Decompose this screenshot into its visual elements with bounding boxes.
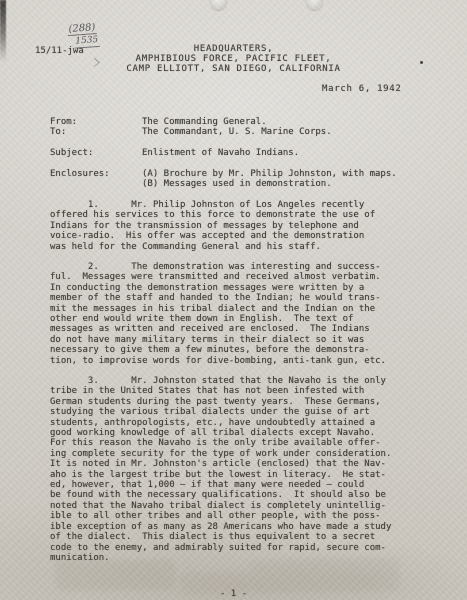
paragraph-2: 2. The demonstration was interesting and… bbox=[50, 262, 386, 366]
subject-value: Enlistment of Navaho Indians. bbox=[142, 148, 299, 158]
letterhead-line-3: CAMP ELLIOTT, SAN DIEGO, CALIFORNIA bbox=[0, 64, 467, 74]
paragraph-3: 3. Mr. Johnston stated that the Navaho i… bbox=[50, 376, 391, 563]
scanned-letter-page: (288) 1535 15/11-jwa HEADQUARTERS, AMPHI… bbox=[0, 0, 467, 600]
field-row-subject: Subject: Enlistment of Navaho Indians. bbox=[50, 148, 397, 158]
letterhead: HEADQUARTERS, AMPHIBIOUS FORCE, PACIFIC … bbox=[0, 44, 467, 74]
letterhead-line-2: AMPHIBIOUS FORCE, PACIFIC FLEET, bbox=[0, 54, 467, 64]
from-value: The Commanding General. bbox=[142, 117, 267, 127]
staple-mark bbox=[210, 0, 227, 10]
enclosure-b-spacer bbox=[50, 179, 142, 189]
from-label: From: bbox=[50, 117, 142, 127]
enclosure-a-value: (A) Brochure by Mr. Philip Johnston, wit… bbox=[142, 169, 397, 179]
subject-label: Subject: bbox=[50, 148, 142, 158]
field-row-enclosures: Enclosures: (A) Brochure by Mr. Philip J… bbox=[50, 169, 397, 179]
enclosure-b-value: (B) Messages used in demonstration. bbox=[142, 179, 332, 189]
field-row-to: To: The Commandant, U. S. Marine Corps. bbox=[50, 127, 397, 137]
field-row-enclosure-b: (B) Messages used in demonstration. bbox=[50, 179, 397, 189]
bleed-through-stain bbox=[55, 559, 176, 591]
to-label: To: bbox=[50, 127, 142, 137]
to-value: The Commandant, U. S. Marine Corps. bbox=[142, 127, 332, 137]
letterhead-line-1: HEADQUARTERS, bbox=[0, 44, 467, 54]
enclosures-label: Enclosures: bbox=[50, 169, 142, 179]
pencil-annotation-top: (288) bbox=[67, 22, 97, 36]
staple-mark bbox=[306, 0, 323, 10]
address-block: From: The Commanding General. To: The Co… bbox=[50, 117, 397, 190]
field-row-from: From: The Commanding General. bbox=[50, 117, 397, 127]
page-number: - 1 - bbox=[0, 589, 467, 599]
paragraph-1: 1. Mr. Philip Johnston of Los Angeles re… bbox=[50, 200, 375, 252]
date-line: March 6, 1942 bbox=[322, 84, 402, 94]
